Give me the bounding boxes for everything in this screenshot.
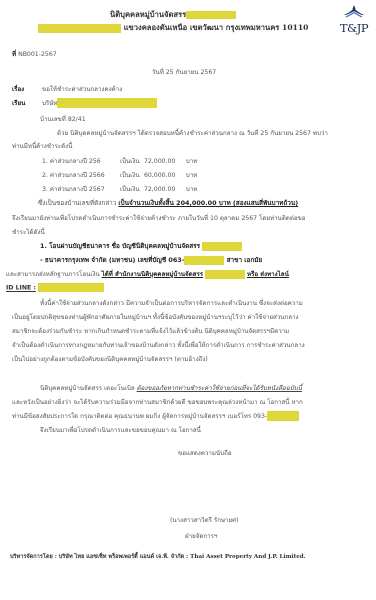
- address-line: แขวงคลองตันเหนือ เขตวัฒนา กรุงเทพมหานคร …: [38, 22, 308, 34]
- redaction-box: [184, 256, 224, 265]
- para2-line1: จึงเรียนมายังท่านเพื่อโปรดดำเนินการชำระค…: [12, 213, 306, 223]
- para4-line1: นิติบุคคลหมู่บ้านจัดสรร เดอะโนเบิล ต้องข…: [40, 383, 302, 393]
- payment-method-1: 1. โอนผ่านบัญชีธนาคาร ชื่อ บัญชีนิติบุคค…: [40, 241, 242, 251]
- org-name-line: นิติบุคคลหมู่บ้านจัดสรร: [110, 9, 236, 21]
- regards: ขอแสดงความนับถือ: [178, 448, 232, 458]
- company-logo: T&JP: [336, 3, 372, 35]
- redaction-box: [186, 11, 236, 19]
- debt-item-3: 3. ค่าส่วนกลางปี 2567 เป็นเงิน 72,000.00…: [42, 184, 197, 194]
- payment-bank-line: - ธนาคารกรุงเทพ จำกัด (มหาชน) เลขที่บัญช…: [40, 255, 262, 265]
- signer-role: ฝ่ายจัดการฯ: [185, 531, 217, 541]
- para1-line1: ด้วย นิติบุคคลหมู่บ้านจัดสรรฯ ได้ตรวจสอบ…: [57, 128, 328, 138]
- footer-management: บริหารจัดการโดย : บริษัท ไทย แอซเซ็ท พร็…: [10, 553, 306, 561]
- redaction-box: [38, 283, 104, 292]
- subject-line: เรื่อง ขอให้ชำระค่าส่วนกลางคงค้าง: [12, 84, 122, 94]
- roof-logo-icon: [343, 4, 365, 18]
- proof-line: และสามารถส่งหลักฐานการโอนเงิน ได้ที่ สำน…: [6, 269, 289, 279]
- subject-text: ขอให้ชำระค่าส่วนกลางคงค้าง: [42, 86, 122, 93]
- debt-item-1: 1. ค่าส่วนกลางปี 256 เป็นเงิน 72,000.00 …: [42, 156, 197, 166]
- para4-line3: ท่านมีข้อสงสัยประการใด กรุณาติดต่อ คุณธน…: [12, 411, 299, 421]
- letter-page: นิติบุคคลหมู่บ้านจัดสรร แขวงคลองตันเหนือ…: [0, 0, 376, 600]
- ref-label: ที่: [12, 51, 16, 58]
- signer-name: (นางสาวสาวิตรี รักษายศ): [170, 515, 239, 525]
- redaction-box: [57, 98, 157, 108]
- closing-line: จึงเรียนมาเพื่อโปรดดำเนินการและขอขอบคุณม…: [40, 425, 201, 435]
- line-id-line: ID LINE :: [6, 283, 104, 292]
- para3-line1: ทั้งนี้ค่าใช้จ่ายส่วนกลางดังกล่าว มีความ…: [40, 298, 303, 308]
- redaction-box: [202, 242, 242, 251]
- para1-line2: ท่านมีหนี้ค้างชำระดังนี้: [12, 141, 72, 151]
- recipient-label: เรียน: [12, 98, 40, 108]
- subject-label: เรื่อง: [12, 84, 40, 94]
- para3-line2: เป็นอยู่โดยปกติสุขของท่านผู้พักอาศัยภายใ…: [12, 312, 299, 322]
- para4-line2: และหวังเป็นอย่างยิ่งว่า จะได้รับความร่วม…: [12, 397, 303, 407]
- total-prefix: ซึ่งเป็นของบ้านเลขที่ดังกล่าว: [38, 199, 116, 207]
- letter-date: วันที่ 25 กันยายน 2567: [152, 67, 216, 77]
- ref-number: NB001-2567: [18, 51, 57, 58]
- redaction-box: [38, 24, 121, 33]
- para3-line5: เป็นไปอย่างถูกต้องตามข้อบังคับของนิติบุค…: [12, 354, 208, 364]
- logo-text: T&JP: [336, 21, 372, 35]
- redaction-box: [267, 411, 299, 421]
- recipient-line: เรียน บริษัท: [12, 98, 157, 108]
- org-name: นิติบุคคลหมู่บ้านจัดสรร: [110, 10, 186, 19]
- total-amount: เป็นจำนวนเงินทั้งสิ้น 204,000.00 บาท (สอ…: [118, 199, 298, 207]
- org-address: แขวงคลองตันเหนือ เขตวัฒนา กรุงเทพมหานคร …: [124, 23, 309, 32]
- redaction-box: [205, 270, 245, 279]
- recipient-prefix: บริษัท: [42, 100, 57, 107]
- ref-line: ที่ NB001-2567: [12, 49, 57, 59]
- para3-line4: จำเป็นต้องดำเนินการทางกฎหมายกับท่านเจ้าข…: [12, 340, 305, 350]
- para2-line2: ชำระได้ดังนี้: [12, 227, 45, 237]
- total-line: ซึ่งเป็นของบ้านเลขที่ดังกล่าว เป็นจำนวนเ…: [38, 198, 298, 208]
- house-number: บ้านเลขที่ 82/41: [40, 114, 86, 124]
- debt-item-2: 2. ค่าส่วนกลางปี 2566 เป็นเงิน 60,000.00…: [42, 170, 197, 180]
- para3-line3: สมาชิกจะต้องร่วมกันชำระ หากเกินกำหนดชำระ…: [12, 326, 289, 336]
- line-id-label: ID LINE :: [6, 285, 36, 292]
